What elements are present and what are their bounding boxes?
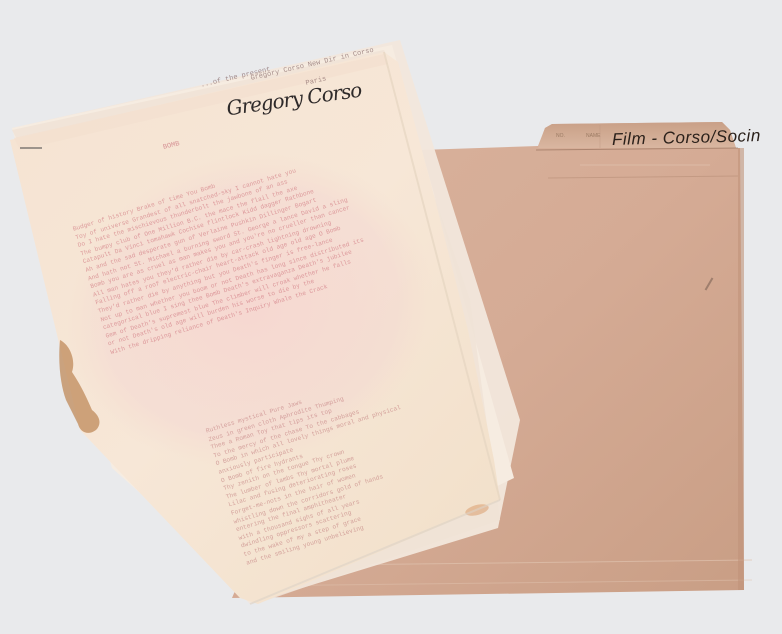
photo-scene: NO. NAME Film - Corso/Socin ...of the pr…: [0, 0, 782, 634]
folder-tab-label: Film - Corso/Socin: [612, 126, 761, 150]
folder-tab-print-no: NO.: [556, 133, 565, 139]
folder-tab-print-name: NAME: [586, 133, 600, 139]
